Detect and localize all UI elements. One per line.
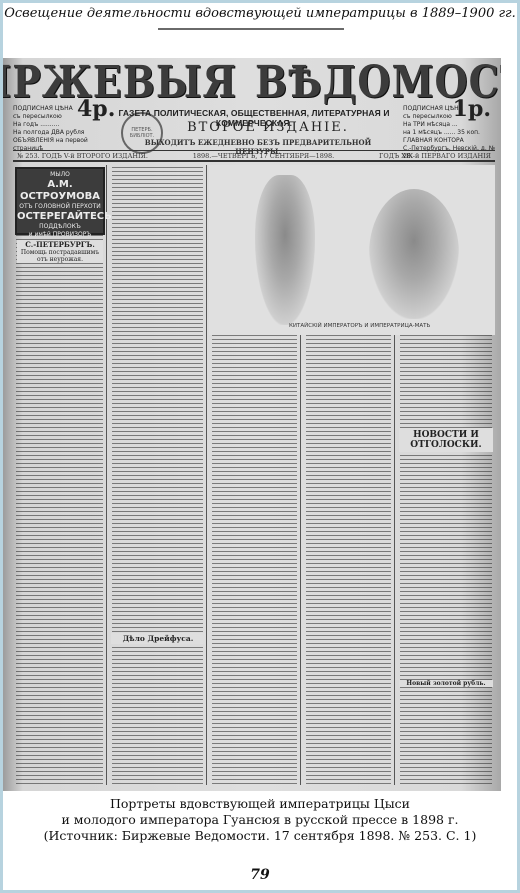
ad-line: ОТЪ ГОЛОВНОЙ ПЕРХОТИ (17, 203, 103, 211)
portrait-illustration: КИТАЙСКІЙ ИМПЕРАТОРЪ И ИМПЕРАТРИЦА-МАТЬ (209, 165, 495, 335)
sub-left-line: На годъ .......... (13, 121, 105, 129)
header-rule (158, 28, 344, 30)
caption-line: и молодого императора Гуансюя в русской … (3, 812, 517, 828)
heading-dreyfus: Дѣло Дрейфуса. (111, 633, 205, 644)
sub-right-line: На ТРИ мѣсяца ... (403, 121, 495, 129)
figure-caption: Портреты вдовствующей императрицы Цыси и… (3, 796, 517, 844)
column-2 (109, 165, 207, 785)
ad-line: МЫЛО (17, 171, 103, 179)
sub-left-line: На полгода ДВА рубля (13, 129, 105, 137)
dateline-issue: № 253. ГОДЪ V-й ВТОРОГО ИЗДАНІЯ. (17, 152, 148, 160)
newspaper-dateline: № 253. ГОДЪ V-й ВТОРОГО ИЗДАНІЯ. 1898.—Ч… (13, 150, 495, 162)
book-page: Освещение деятельности вдовствующей импе… (3, 3, 517, 890)
page-number: 79 (3, 867, 517, 883)
ad-line: ПОДДѢЛОКЪ (17, 223, 103, 231)
heading-new-ruble: Новый золотой рубль. (399, 680, 493, 687)
sub-right-line: на 1 мѣсяцъ ...... 35 коп. (403, 129, 495, 137)
ad-title: А.М. ОСТРОУМОВА (17, 179, 103, 203)
caption-line: Портреты вдовствующей императрицы Цыси (3, 796, 517, 812)
sub-right-price: 1р. (453, 105, 491, 113)
caption-source: (Источник: Биржевые Ведомости. 17 сентяб… (3, 828, 517, 844)
heading-st-petersburg: С.-ПЕТЕРБУРГЪ. Помощь пострадавшимъ отъ … (17, 240, 103, 263)
newspaper-edition: ВТОРОЕ ИЗДАНІЕ. (153, 120, 383, 135)
sub-right-line: ГЛАВНАЯ КОНТОРА (403, 137, 495, 145)
masthead-title-left: БИРЖЕВЫЯ (3, 58, 237, 107)
ad-line: и имѣй ПРОВИЗОРЪ (17, 231, 103, 239)
heading-news: НОВОСТИ И ОТГОЛОСКИ. (399, 428, 493, 452)
soap-advertisement: МЫЛО А.М. ОСТРОУМОВА ОТЪ ГОЛОВНОЙ ПЕРХОТ… (15, 167, 105, 235)
ad-line: ОСТЕРЕГАЙТЕСЬ (17, 211, 103, 223)
subscription-left: ПОДПИСНАЯ ЦѢНА съ пересылкою На годъ ...… (13, 105, 105, 153)
heading-text: С.-ПЕТЕРБУРГЪ. (17, 240, 103, 249)
emperor-portrait (369, 189, 459, 319)
running-head: Освещение деятельности вдовствующей импе… (3, 6, 517, 21)
subheading-text: Помощь пострадавшимъ отъ неурожая. (17, 249, 103, 263)
empress-portrait (255, 175, 315, 325)
illustration-caption: КИТАЙСКІЙ ИМПЕРАТОРЪ И ИМПЕРАТРИЦА-МАТЬ (289, 323, 430, 329)
dateline-year: ГОДЪ XIX-й ПЕРВАГО ИЗДАНІЯ (379, 152, 491, 160)
dateline-date: 1898.—ЧЕТВЕРГЪ, 17 СЕНТЯБРЯ—1898. (193, 152, 335, 160)
newspaper-scan: БИРЖЕВЫЯ ВѢДОМОСТИ ПОДПИСНАЯ ЦѢНА съ пер… (3, 58, 501, 791)
